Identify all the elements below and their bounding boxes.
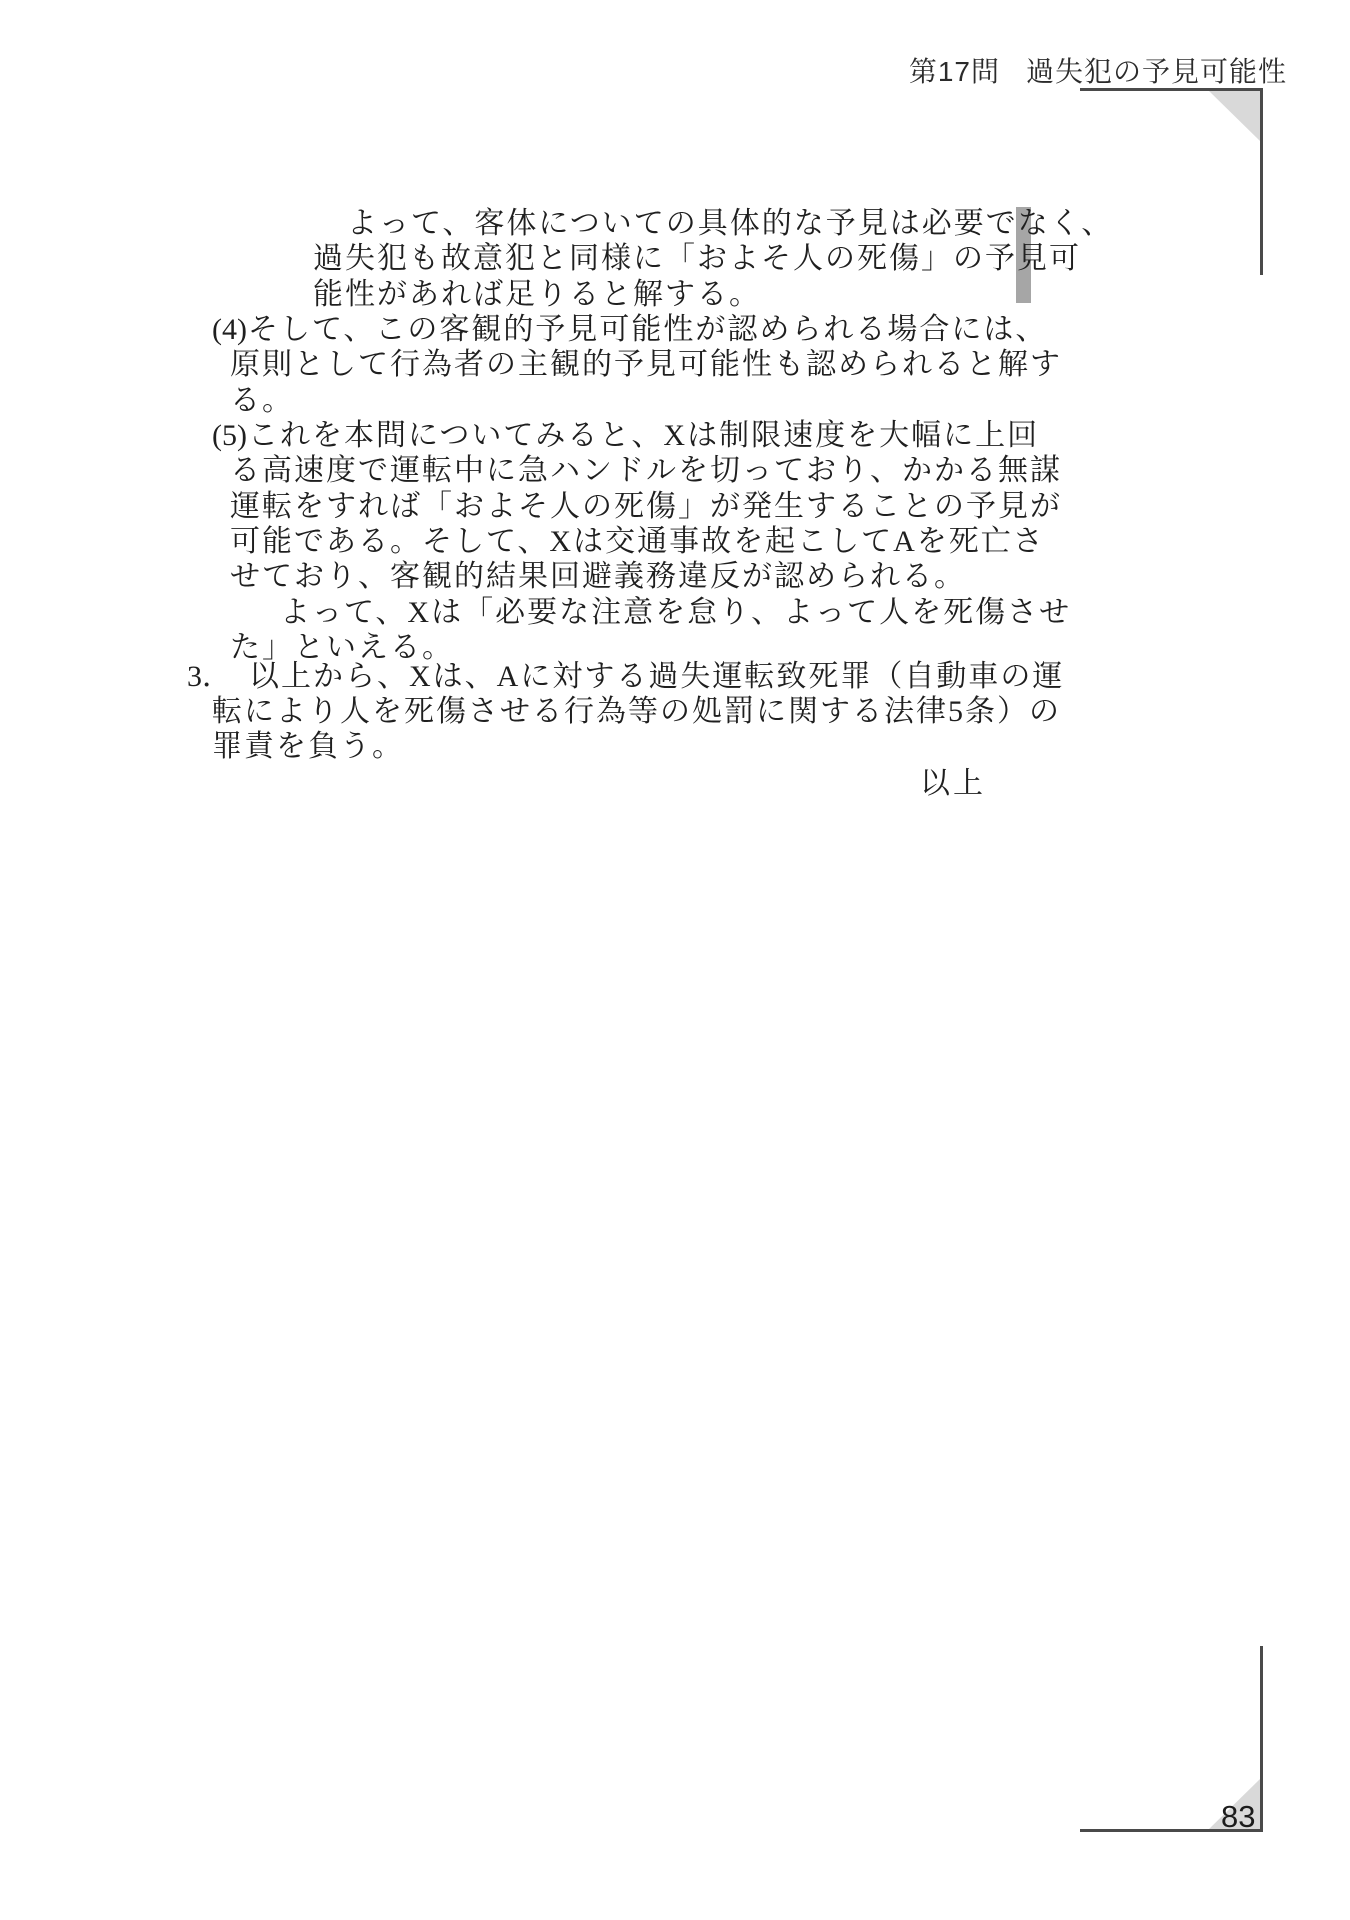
bottom-right-vertical-rule [1260,1646,1263,1832]
body-text-line: 転により人を死傷させる行為等の処罰に関する法律5条）の [212,695,1061,728]
body-text-line: 運転をすれば「およそ人の死傷」が発生することの予見が [230,490,1062,523]
body-text-line: る高速度で運転中に急ハンドルを切っており、かかる無謀 [230,454,1062,487]
top-right-corner-fold-icon [1209,91,1260,141]
body-text-line: せており、客観的結果回避義務違反が認められる。 [230,560,966,593]
item-marker-4: (4) [212,313,248,346]
page-number: 83 [1221,1799,1255,1835]
body-text-line: 3．以上から、Xは、Aに対する過失運転致死罪（自動車の運 [187,660,1064,693]
body-text-line: (4)そして、この客観的予見可能性が認められる場合には、 [212,313,1047,346]
body-text-line: 原則として行為者の主観的予見可能性も認められると解す [230,348,1062,381]
body-text-line: よって、Xは「必要な注意を怠り、よって人を死傷させ [280,596,1071,629]
running-head-title: 過失犯の予見可能性 [1026,56,1287,87]
running-head-chapter: 第17問 [909,56,1000,87]
running-head: 第17問過失犯の予見可能性 [909,50,1287,90]
body-text-line: 罪責を負う。 [212,730,404,763]
closing-label: 以上 [920,758,986,802]
top-right-horizontal-rule [1080,88,1263,91]
item-text: これを本問についてみると、Xは制限速度を大幅に上回 [248,419,1039,452]
item-text: 以上から、Xは、Aに対する過失運転致死罪（自動車の運 [249,660,1064,693]
body-text-line: 可能である。そして、Xは交通事故を起こしてAを死亡さ [230,525,1045,558]
book-page: 第17問過失犯の予見可能性 よって、客体についての具体的な予見は必要でなく、 過… [0,0,1350,1920]
item-marker-3: 3． [187,660,249,693]
top-right-vertical-rule [1260,88,1263,275]
item-marker-5: (5) [212,419,248,452]
item-text: そして、この客観的予見可能性が認められる場合には、 [248,313,1047,346]
body-text-line: る。 [230,384,294,417]
body-text-line: よって、客体についての具体的な予見は必要でなく、 [347,207,1113,240]
body-text-line: 過失犯も故意犯と同様に「およそ人の死傷」の予見可 [313,242,1081,275]
body-text-line: 能性があれば足りると解する。 [313,278,761,311]
body-text-line: (5)これを本問についてみると、Xは制限速度を大幅に上回 [212,419,1039,452]
